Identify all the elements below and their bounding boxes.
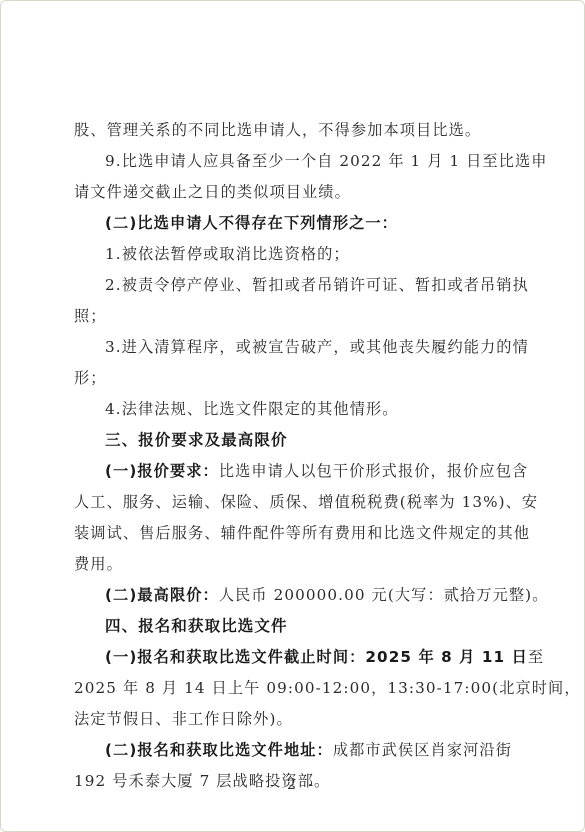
line-text: 照； (74, 307, 107, 325)
deadline-line: (一)报名和获取比选文件截止时间：2025 年 8 月 11 日至 (74, 642, 510, 673)
line-text: 比选申请人以包干价形式报价，报价应包含 (219, 462, 528, 480)
line-text: 1.被依法暂停或取消比选资格的； (105, 245, 350, 263)
document-page: 股、管理关系的不同比选申请人，不得参加本项目比选。 9.比选申请人应具备至少一个… (0, 0, 585, 832)
list-item-2: 2.被责令停产停业、暂扣或者吊销许可证、暂扣或者吊销执 (74, 270, 510, 301)
label-bold: (二)报名和获取比选文件地址： (105, 741, 333, 759)
line-text: 至 (528, 648, 544, 666)
subsection-title: (二)比选申请人不得存在下列情形之一： (105, 214, 398, 232)
label-bold: (二)最高限价： (105, 586, 219, 604)
paragraph-line: 照； (74, 301, 510, 332)
max-price-line: (二)最高限价：人民币 200000.00 元(大写：贰拾万元整)。 (74, 580, 510, 611)
line-text: 2025 年 8 月 14 日上午 09:00-12:00，13:30-17:0… (74, 679, 581, 697)
line-text: 装调试、售后服务、辅件配件等所有费用和比选文件规定的其他 (74, 524, 530, 542)
paragraph-line: 股、管理关系的不同比选申请人，不得参加本项目比选。 (74, 115, 510, 146)
line-text: 2.被责令停产停业、暂扣或者吊销许可证、暂扣或者吊销执 (105, 276, 529, 294)
line-text: 请文件递交截止之日的类似项目业绩。 (74, 183, 351, 201)
line-text: 4.法律法规、比选文件限定的其他情形。 (105, 400, 399, 418)
paragraph-line: 形； (74, 363, 510, 394)
address-line: (二)报名和获取比选文件地址：成都市武侯区肖家河沿街 (74, 735, 510, 766)
label-bold: (一)报价要求： (105, 462, 219, 480)
document-body: 股、管理关系的不同比选申请人，不得参加本项目比选。 9.比选申请人应具备至少一个… (74, 115, 510, 797)
subsection-heading: (二)比选申请人不得存在下列情形之一： (74, 208, 510, 239)
quote-requirement-line: (一)报价要求：比选申请人以包干价形式报价，报价应包含 (74, 456, 510, 487)
paragraph-line: 装调试、售后服务、辅件配件等所有费用和比选文件规定的其他 (74, 518, 510, 549)
section-title: 四、报名和获取比选文件 (105, 617, 288, 635)
section-heading-3: 三、报价要求及最高限价 (74, 425, 510, 456)
page-number: - 2 - (1, 777, 585, 793)
paragraph-line: 法定节假日、非工作日除外)。 (74, 704, 510, 735)
section-title: 三、报价要求及最高限价 (105, 431, 288, 449)
line-text: 9.比选申请人应具备至少一个自 2022 年 1 月 1 日至比选申 (105, 152, 548, 170)
paragraph-line: 请文件递交截止之日的类似项目业绩。 (74, 177, 510, 208)
paragraph-line: 人工、服务、运输、保险、质保、增值税税费(税率为 13%)、安 (74, 487, 510, 518)
list-item-3: 3.进入清算程序，或被宣告破产，或其他丧失履约能力的情 (74, 332, 510, 363)
item-9-line: 9.比选申请人应具备至少一个自 2022 年 1 月 1 日至比选申 (74, 146, 510, 177)
line-text: 成都市武侯区肖家河沿街 (333, 741, 512, 759)
list-item-1: 1.被依法暂停或取消比选资格的； (74, 239, 510, 270)
line-text: 人工、服务、运输、保险、质保、增值税税费(税率为 13%)、安 (74, 493, 538, 511)
list-item-4: 4.法律法规、比选文件限定的其他情形。 (74, 394, 510, 425)
line-text: 形； (74, 369, 107, 387)
section-heading-4: 四、报名和获取比选文件 (74, 611, 510, 642)
paragraph-line: 费用。 (74, 549, 510, 580)
line-text: 股、管理关系的不同比选申请人，不得参加本项目比选。 (74, 121, 481, 139)
line-text: 法定节假日、非工作日除外)。 (74, 710, 293, 728)
line-text: 人民币 200000.00 元(大写：贰拾万元整)。 (219, 586, 549, 604)
line-text: 费用。 (74, 555, 123, 573)
line-text: 3.进入清算程序，或被宣告破产，或其他丧失履约能力的情 (105, 338, 529, 356)
label-bold: (一)报名和获取比选文件截止时间：2025 年 8 月 11 日 (105, 648, 528, 666)
paragraph-line: 2025 年 8 月 14 日上午 09:00-12:00，13:30-17:0… (74, 673, 510, 704)
